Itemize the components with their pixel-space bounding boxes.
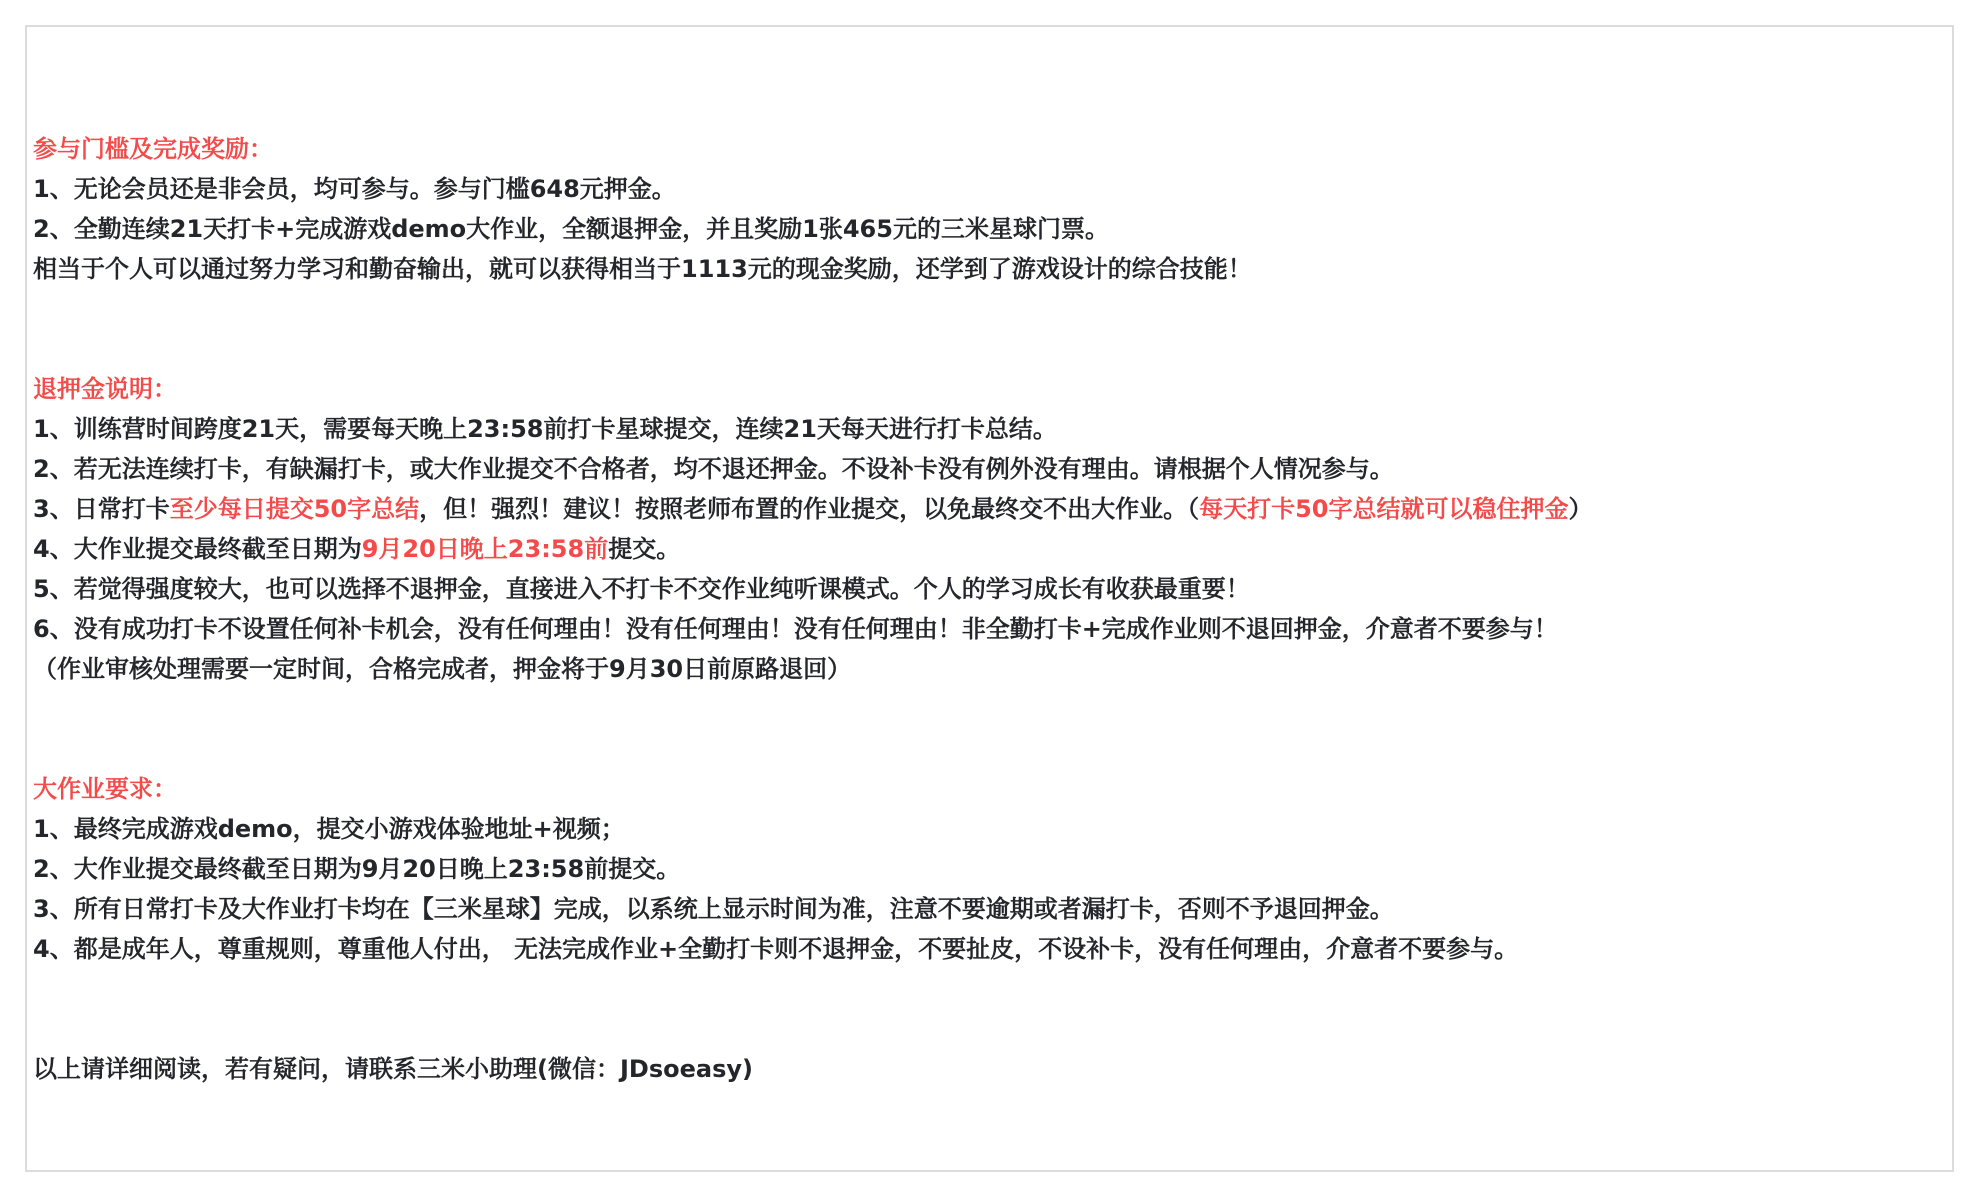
- participation-line-1: 1、无论会员还是非会员，均可参与。参与门槛648元押金。: [33, 169, 1950, 209]
- refund-line-4-deadline: 9月20日晚上23:58前: [362, 535, 609, 563]
- closing-contact-line: 以上请详细阅读，若有疑问，请联系三米小助理(微信：JDsoeasy): [33, 1049, 1950, 1089]
- section-heading-assignment: 大作业要求：: [33, 769, 1950, 809]
- refund-line-3-suffix: ）: [1569, 495, 1593, 523]
- refund-line-3-middle: ，但！强烈！建议！按照老师布置的作业提交，以免最终交不出大作业。（: [419, 495, 1199, 523]
- refund-line-3-highlight-2: 每天打卡50字总结就可以稳住押金: [1199, 495, 1568, 523]
- assignment-line-3: 3、所有日常打卡及大作业打卡均在【三米星球】完成，以系统上显示时间为准，注意不要…: [33, 889, 1950, 929]
- participation-line-2: 2、全勤连续21天打卡+完成游戏demo大作业，全额退押金，并且奖励1张465元…: [33, 209, 1950, 249]
- refund-line-4-suffix: 提交。: [608, 535, 680, 563]
- refund-line-4: 4、大作业提交最终截至日期为9月20日晚上23:58前提交。: [33, 529, 1950, 569]
- refund-line-6: 6、没有成功打卡不设置任何补卡机会，没有任何理由！没有任何理由！没有任何理由！非…: [33, 609, 1950, 649]
- section-heading-participation: 参与门槛及完成奖励：: [33, 129, 1950, 169]
- refund-line-2: 2、若无法连续打卡，有缺漏打卡，或大作业提交不合格者，均不退还押金。不设补卡没有…: [33, 449, 1950, 489]
- section-spacer: [33, 289, 1950, 369]
- participation-line-3: 相当于个人可以通过努力学习和勤奋输出，就可以获得相当于1113元的现金奖励，还学…: [33, 249, 1950, 289]
- refund-note: （作业审核处理需要一定时间，合格完成者，押金将于9月30日前原路退回）: [33, 649, 1950, 689]
- refund-line-3: 3、日常打卡至少每日提交50字总结，但！强烈！建议！按照老师布置的作业提交，以免…: [33, 489, 1950, 529]
- section-spacer: [33, 969, 1950, 1049]
- section-heading-refund: 退押金说明：: [33, 369, 1950, 409]
- refund-line-4-prefix: 4、大作业提交最终截至日期为: [33, 535, 362, 563]
- assignment-line-2: 2、大作业提交最终截至日期为9月20日晚上23:58前提交。: [33, 849, 1950, 889]
- refund-line-3-prefix: 3、日常打卡: [33, 495, 170, 523]
- section-spacer: [33, 689, 1950, 769]
- assignment-line-4: 4、都是成年人，尊重规则，尊重他人付出， 无法完成作业+全勤打卡则不退押金，不要…: [33, 929, 1950, 969]
- assignment-line-1: 1、最终完成游戏demo，提交小游戏体验地址+视频；: [33, 809, 1950, 849]
- document-content: 参与门槛及完成奖励： 1、无论会员还是非会员，均可参与。参与门槛648元押金。 …: [33, 129, 1950, 1089]
- refund-line-5: 5、若觉得强度较大，也可以选择不退押金，直接进入不打卡不交作业纯听课模式。个人的…: [33, 569, 1950, 609]
- refund-line-3-highlight-1: 至少每日提交50字总结: [170, 495, 419, 523]
- refund-line-1: 1、训练营时间跨度21天，需要每天晚上23:58前打卡星球提交，连续21天每天进…: [33, 409, 1950, 449]
